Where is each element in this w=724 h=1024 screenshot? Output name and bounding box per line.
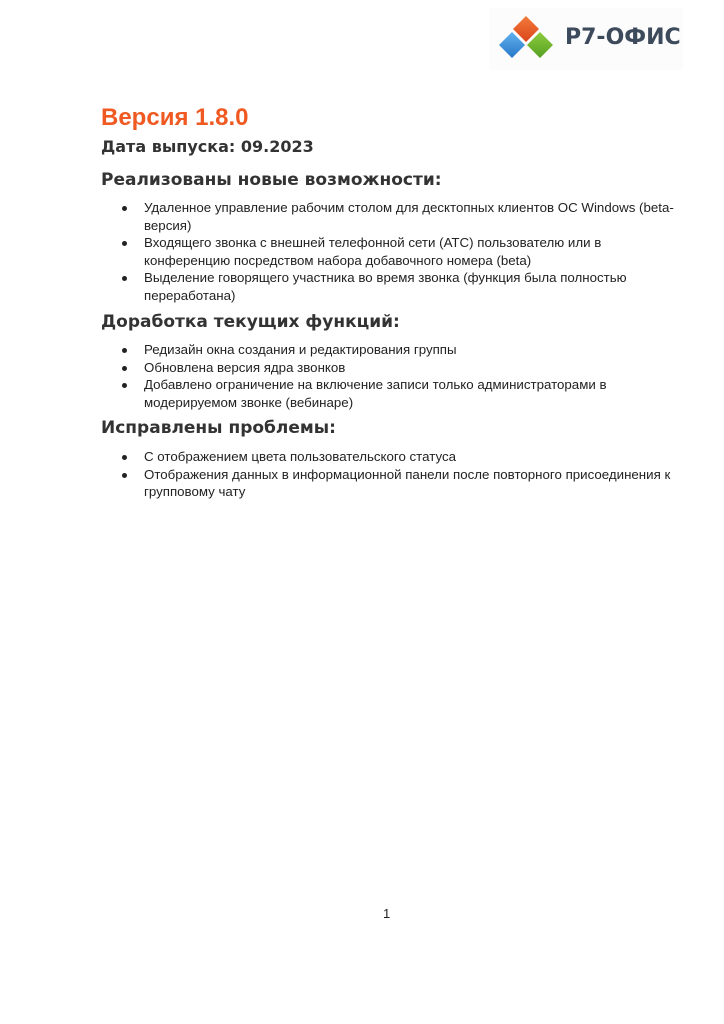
- list-item: Выделение говорящего участника во время …: [120, 269, 690, 304]
- list-item: Удаленное управление рабочим столом для …: [120, 199, 690, 234]
- section-heading-improvements: Доработка текущих функций:: [101, 312, 400, 332]
- bullet-icon: [122, 366, 127, 371]
- new-features-list: Удаленное управление рабочим столом для …: [120, 199, 690, 304]
- list-item: Отображения данных в информационной пане…: [120, 466, 690, 501]
- release-date: Дата выпуска: 09.2023: [101, 137, 314, 156]
- bullet-icon: [122, 206, 127, 211]
- section-heading-new-features: Реализованы новые возможности:: [101, 170, 442, 190]
- r7-office-diamonds-icon: [495, 14, 557, 66]
- page-number: 1: [383, 906, 390, 921]
- list-item: Обновлена версия ядра звонков: [120, 359, 690, 377]
- bullet-icon: [122, 348, 127, 353]
- improvements-list: Редизайн окна создания и редактирования …: [120, 341, 690, 411]
- company-logo: Р7-ОФИС: [489, 8, 683, 70]
- bullet-icon: [122, 241, 127, 246]
- fixes-list: С отображением цвета пользовательского с…: [120, 448, 690, 501]
- list-item: Добавлено ограничение на включение запис…: [120, 376, 690, 411]
- list-item: Входящего звонка с внешней телефонной се…: [120, 234, 690, 269]
- logo-text: Р7-ОФИС: [565, 25, 681, 50]
- section-heading-fixes: Исправлены проблемы:: [101, 418, 336, 438]
- version-title: Версия 1.8.0: [101, 104, 249, 132]
- list-item: С отображением цвета пользовательского с…: [120, 448, 690, 466]
- bullet-icon: [122, 276, 127, 281]
- bullet-icon: [122, 455, 127, 460]
- list-item: Редизайн окна создания и редактирования …: [120, 341, 690, 359]
- bullet-icon: [122, 473, 127, 478]
- bullet-icon: [122, 383, 127, 388]
